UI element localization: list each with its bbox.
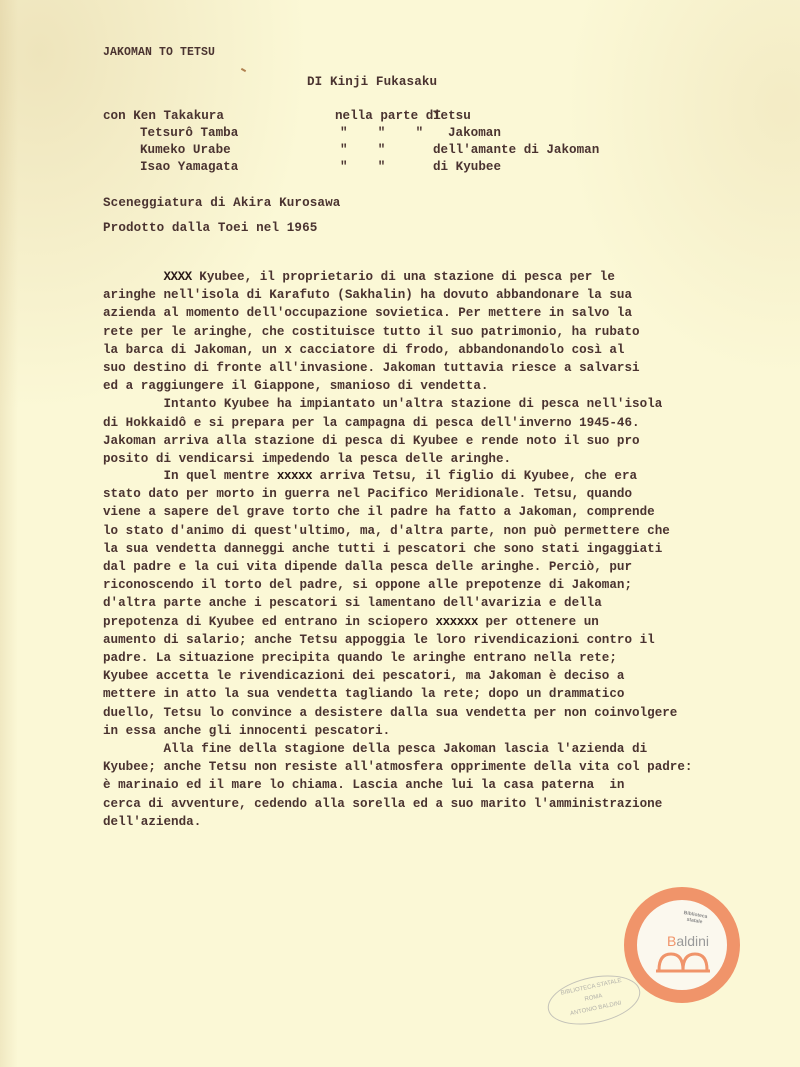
screenplay-credit: Sceneggiatura di Akira Kurosawa xyxy=(103,195,340,212)
text-line: stato dato per morto in guerra nel Pacif… xyxy=(103,485,793,503)
text-line: viene a sapere del grave torto che il pa… xyxy=(103,503,793,521)
ditto-column: nella parte di xyxy=(335,109,441,123)
ink-mark xyxy=(241,68,246,72)
logo-small-text: Biblioteca statale xyxy=(682,910,708,926)
typewritten-page: JAKOMAN TO TETSU DI Kinji Fukasaku con K… xyxy=(0,0,800,1067)
actor-name: Kumeko Urabe xyxy=(140,143,231,157)
logo-name: Baldini xyxy=(667,933,709,949)
text-line: dal padre e la cui vita dipende dalla pe… xyxy=(103,558,793,576)
book-arches-icon xyxy=(655,952,711,974)
text-line: lo stato d'animo di quest'ultimo, ma, d'… xyxy=(103,522,793,540)
text-line: padre. La situazione precipita quando le… xyxy=(103,649,793,667)
text-line: di Hokkaidô e si prepara per la campagna… xyxy=(103,414,793,432)
text-line: la sua vendetta danneggi anche tutti i p… xyxy=(103,540,793,558)
text-line: rete per le aringhe, che costituisce tut… xyxy=(103,323,793,341)
text-line: suo destino di fronte all'invasione. Jak… xyxy=(103,359,793,377)
text-line: aumento di salario; anche Tetsu appoggia… xyxy=(103,631,793,649)
text-line: Alla fine della stagione della pesca Jak… xyxy=(103,740,793,758)
struck-out-text: xxxxx xyxy=(277,469,312,483)
struck-out-text: XXXX xyxy=(163,270,191,284)
text-line: Kyubee accetta le rivendicazioni dei pes… xyxy=(103,667,793,685)
ditto-column: " " xyxy=(340,160,385,174)
document-title: JAKOMAN TO TETSU xyxy=(103,44,215,61)
text-line: riconoscendo il torto del padre, si oppo… xyxy=(103,576,793,594)
text-line: azienda al momento dell'occupazione sovi… xyxy=(103,304,793,322)
character-role: Tetsu xyxy=(433,109,471,123)
text-line: Jakoman arriva alla stazione di pesca di… xyxy=(103,432,793,450)
text-line: la barca di Jakoman, un x cacciatore di … xyxy=(103,341,793,359)
text-line: è marinaio ed il mare lo chiama. Lascia … xyxy=(103,776,793,794)
actor-name: con Ken Takakura xyxy=(103,109,224,123)
production-credit: Prodotto dalla Toei nel 1965 xyxy=(103,220,317,237)
actor-name: Tetsurô Tamba xyxy=(140,126,238,140)
actor-name: Isao Yamagata xyxy=(140,160,238,174)
text-line: cerca di avventure, cedendo alla sorella… xyxy=(103,795,793,813)
ditto-column: " " " xyxy=(340,126,423,140)
text-line: ed a raggiungere il Giappone, smanioso d… xyxy=(103,377,793,395)
text-line: Kyubee; anche Tetsu non resiste all'atmo… xyxy=(103,758,793,776)
baldini-library-logo-stamp: Biblioteca statale Baldini xyxy=(624,887,740,1003)
text-line: In quel mentre xxxxx arriva Tetsu, il fi… xyxy=(103,467,793,485)
text-line: mettere in atto la sua vendetta tagliand… xyxy=(103,685,793,703)
text-line: dell'azienda. xyxy=(103,813,793,831)
text-line: Intanto Kyubee ha impiantato un'altra st… xyxy=(103,395,793,413)
synopsis-paragraph-2: In quel mentre xxxxx arriva Tetsu, il fi… xyxy=(103,467,793,831)
text-line: posito di vendicarsi impedendo la pesca … xyxy=(103,450,793,468)
text-line: d'altra parte anche i pescatori si lamen… xyxy=(103,594,793,612)
character-role: di Kyubee xyxy=(433,160,501,174)
text-line: in essa anche gli innocenti pescatori. xyxy=(103,722,793,740)
character-role: dell'amante di Jakoman xyxy=(433,143,599,157)
struck-out-text: xxxxxx xyxy=(436,615,478,629)
text-line: prepotenza di Kyubee ed entrano in sciop… xyxy=(103,613,793,631)
author-line: DI Kinji Fukasaku xyxy=(307,74,437,91)
character-role: Jakoman xyxy=(448,126,501,140)
text-line: aringhe nell'isola di Karafuto (Sakhalin… xyxy=(103,286,793,304)
ditto-column: " " xyxy=(340,143,385,157)
synopsis-paragraph-1: XXXX Kyubee, il proprietario di una staz… xyxy=(103,268,793,468)
text-line: XXXX Kyubee, il proprietario di una staz… xyxy=(103,268,793,286)
text-line: duello, Tetsu lo convince a desistere da… xyxy=(103,704,793,722)
library-ink-stamp: BIBLIOTECA STATALE ROMA ANTONIO BALDINI xyxy=(543,968,645,1033)
